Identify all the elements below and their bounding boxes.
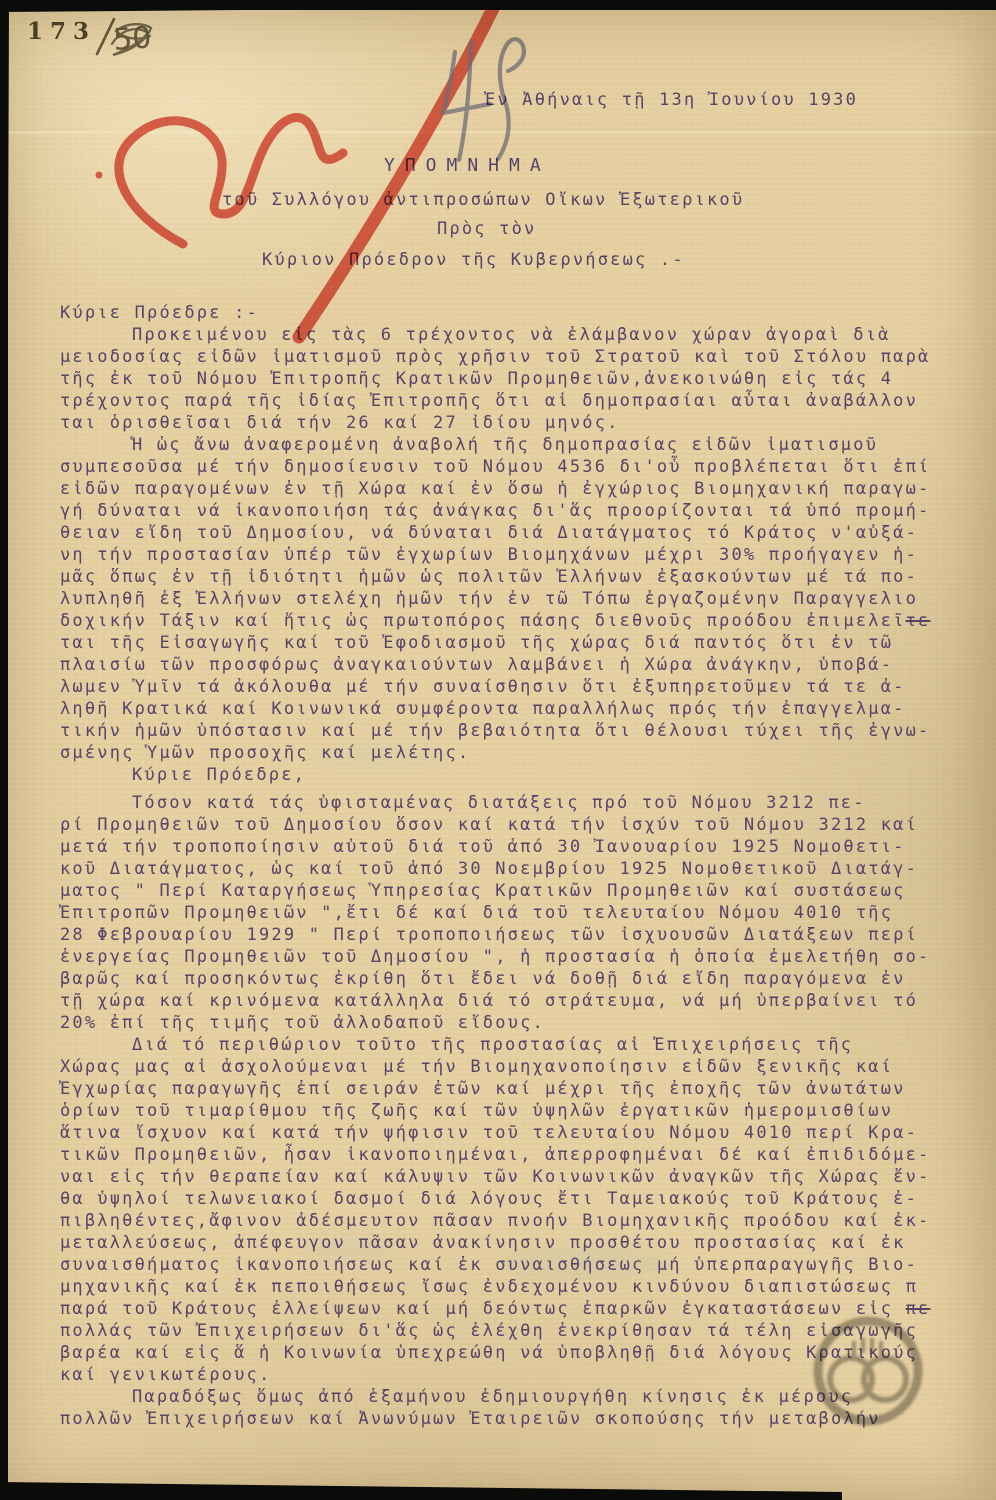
text-line: θα ὑψηλοί τελωνειακοί δασμοί διά λόγους … — [60, 1188, 992, 1210]
document-title: ΥΠΟΜΝΗΜΑ — [384, 155, 551, 176]
text-line: πιβληθέντες,ἄφινον ἀδέσμευτον πᾶσαν πνοή… — [60, 1210, 992, 1232]
text-line: Κύριε Πρόεδρε, — [60, 764, 992, 786]
text-line: ρί Προμηθειῶν τοῦ Δημοσίου ὅσον καί κατά… — [60, 814, 992, 836]
text-line: τρέχοντος παρά τῆς ἰδίας Ἐπιτροπῆς ὅτι α… — [60, 390, 992, 412]
text-line: τικήν ἡμῶν ὑπόστασιν καί μέ τήν βεβαιότη… — [60, 720, 992, 742]
text-line: Χώρας μας αἱ ἀσχολούμεναι μέ τήν Βιομηχα… — [60, 1056, 992, 1078]
text-line: ματος " Περί Καταργήσεως Ὑπηρεσίας Κρατι… — [60, 880, 992, 902]
text-line: Παραδόξως ὅμως ἀπό ἑξαμήνου ἐδημιουργήθη… — [60, 1386, 992, 1408]
text-line: τῇ χώρα καί κρινόμενα κατάλληλα διά τό σ… — [60, 990, 992, 1012]
text-line: βαρέα καί εἰς ἅ ἡ Κοινωνία ὑπεχρεώθη νά … — [60, 1342, 992, 1364]
text-line: πολλάς τῶν Ἐπιχειρήσεων δι'ἅς ὡς ἐλέχθη … — [60, 1320, 992, 1342]
text-line: ἅτινα ἴσχυον καί κατά τήν ψήφισιν τοῦ τε… — [60, 1122, 992, 1144]
text-line: 28 Φεβρουαρίου 1929 " Περί τροποποιήσεως… — [60, 924, 992, 946]
text-line: ται τῆς Εἰσαγωγῆς καί τοῦ Ἐφοδιασμοῦ τῆς… — [60, 632, 992, 654]
text-line: σμένης Ὑμῶν προσοχῆς καί μελέτης. — [60, 742, 992, 764]
text-line: Προκειμένου εἰς τὰς 6 τρέχοντος νὰ ἐλάμβ… — [60, 324, 992, 346]
text-line: συμπεσοῦσα μέ τήν δημοσίευσιν τοῦ Νόμου … — [60, 456, 992, 478]
recipient-prefix: Πρὸς τὸν — [437, 219, 536, 239]
text-line: συναισθήματος ἱκανοποιήσεως καί ἐκ συναι… — [60, 1254, 992, 1276]
text-line: Ἐγχωρίας παραγωγῆς ἐπί σειράν ἐτῶν καί μ… — [60, 1078, 992, 1100]
scanned-document: 173 Ἐν Ἀθήναις τῇ 13η Ἰουνίου 1930 ΥΠΟΜΝ… — [0, 0, 996, 1500]
text-line: μειοδοσίας εἰδῶν ἱματισμοῦ πρὸς χρῆσιν τ… — [60, 346, 992, 368]
text-line: ληθῆ Κρατικά καί Κοινωνικά συμφέροντα πα… — [60, 698, 992, 720]
text-line: Διά τό περιθώριον τοῦτο τῆς προστασίας α… — [60, 1034, 992, 1056]
text-line: λωμεν Ὑμῖν τά ἀκόλουθα μέ τήν συναίσθησι… — [60, 676, 992, 698]
text-line: ται ὁρισθεῖσαι διά τήν 26 καί 27 ἰδίου μ… — [60, 412, 992, 434]
text-line: εἰδῶν παραγομένων ἐν τῇ Χώρα καί ἐν ὅσω … — [60, 478, 992, 500]
text-line: μηχανικῆς καί ἐκ πεποιθήσεως ἴσως ἐνδεχο… — [60, 1276, 992, 1298]
text-line: πολλῶν Ἐπιχειρήσεων καί Ἀνωνύμων Ἑταιρει… — [60, 1408, 992, 1430]
text-line: Ἡ ὡς ἄνω ἀναφερομένη ἀναβολή τῆς δημοπρα… — [60, 434, 992, 456]
text-line: ἐνεργείας Προμηθειῶν τοῦ Δημοσίου ", ἡ π… — [60, 946, 992, 968]
text-line: Τόσον κατά τάς ὑφισταμένας διατάξεις πρό… — [60, 792, 992, 814]
text-line: βαρῶς καί προσηκόντως ἐκρίθη ὅτι ἔδει νά… — [60, 968, 992, 990]
text-line: λυπληθῆ ἐξ Ἑλλήνων στελέχη ἡμῶν τήν ἐν τ… — [60, 588, 992, 610]
text-line: τικῶν Προμηθειῶν, ἦσαν ἱκανοποιημέναι, ἀ… — [60, 1144, 992, 1166]
text-line: μᾶς ὅπως ἐν τῇ ἰδιότητι ἡμῶν ὡς πολιτῶν … — [60, 566, 992, 588]
archive-number-stamp: 173 — [27, 18, 96, 45]
text-line: 20% ἐπί τῆς τιμῆς τοῦ ἀλλοδαποῦ εἴδους. — [60, 1012, 992, 1034]
document-body: Κύριε Πρόεδρε :-Προκειμένου εἰς τὰς 6 τρ… — [60, 302, 992, 1430]
text-line: ὁρίων τοῦ τιμαρίθμου τῆς ζωῆς καί τῶν ὑψ… — [60, 1100, 992, 1122]
text-line: Ἐπιτροπῶν Προμηθειῶν ",ἔτι δέ καί διά το… — [60, 902, 992, 924]
text-line: γή δύναται νά ἱκανοποιήση τάς ἀνάγκας δι… — [60, 500, 992, 522]
text-line: νη τήν προστασίαν ὑπέρ τῶν ἐγχωρίων Βιομ… — [60, 544, 992, 566]
text-line: καί γενικωτέρους. — [60, 1364, 992, 1386]
struck-text: πε — [906, 1299, 931, 1319]
text-line: ναι εἰς τήν θεραπείαν καί κάλυψιν τῶν Κο… — [60, 1166, 992, 1188]
recipient-line: Κύριον Πρόεδρον τῆς Κυβερνήσεως .- — [262, 250, 685, 270]
text-line: Κύριε Πρόεδρε :- — [60, 302, 992, 324]
place-date-line: Ἐν Ἀθήναις τῇ 13η Ἰουνίου 1930 — [485, 90, 858, 110]
text-line: θειαν εἴδη τοῦ Δημοσίου, νά δύναται διά … — [60, 522, 992, 544]
text-line: κοῦ Διατάγματος, ὡς καί τοῦ ἀπό 30 Νοεμβ… — [60, 858, 992, 880]
text-line: παρά τοῦ Κράτους ἐλλείψεων καί μή δεόντω… — [60, 1298, 992, 1320]
struck-text: τε — [906, 611, 931, 631]
text-line: μετά τήν τροποποίησιν αὐτοῦ διά τοῦ ἀπό … — [60, 836, 992, 858]
text-line: μεταλλεύσεως, ἀπέφευγον πᾶσαν ἀνακίνησιν… — [60, 1232, 992, 1254]
text-line: δοχικήν Τάξιν καί ἥτις ὡς πρωτοπόρος πάσ… — [60, 610, 992, 632]
text-line: πλαισίω τῶν προσφόρως ἀναγκαιούντων λαμβ… — [60, 654, 992, 676]
text-line: τῆς ἐκ τοῦ Νόμου Ἐπιτροπῆς Κρατικῶν Προμ… — [60, 368, 992, 390]
sender-line: τοῦ Συλλόγου ἀντιπροσώπων Οἴκων Ἐξωτερικ… — [222, 190, 744, 210]
